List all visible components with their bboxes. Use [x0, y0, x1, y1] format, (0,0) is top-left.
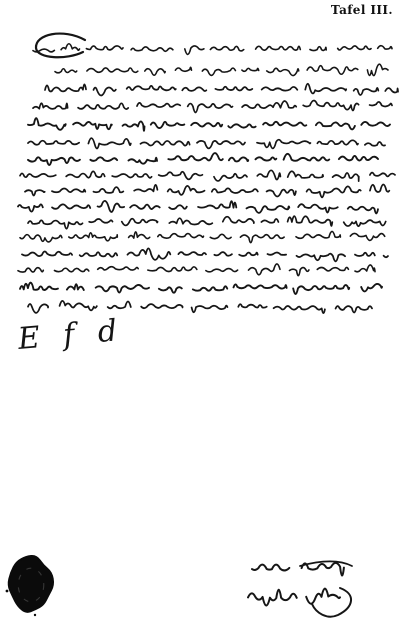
signature-line1: [252, 563, 344, 576]
handwriting-line: [55, 64, 388, 75]
handwriting-line: [28, 118, 390, 131]
handwriting-line: [33, 101, 392, 113]
handwriting-line: [20, 231, 385, 242]
capital-flourish: [36, 34, 85, 58]
signature-line2: [248, 589, 340, 606]
signature-flourish: [312, 588, 351, 617]
handwriting-line: [25, 184, 389, 197]
handwriting-line: [18, 201, 378, 214]
handwriting-line: [45, 84, 398, 96]
handwriting-line: [20, 170, 395, 181]
handwriting-line: [18, 264, 375, 276]
handwriting-line: [28, 301, 372, 313]
handwriting-line: [28, 153, 378, 165]
handwriting-line: [33, 34, 392, 58]
handwriting-line: [28, 216, 386, 229]
manuscript-page: Tafel III. E f d: [0, 0, 400, 629]
handwriting-line: [20, 283, 382, 294]
wax-seal: [6, 556, 53, 616]
signature: [248, 562, 352, 617]
handwriting-line: [22, 248, 388, 261]
handwriting-svg: [0, 0, 400, 629]
handwriting-line: [28, 138, 385, 148]
